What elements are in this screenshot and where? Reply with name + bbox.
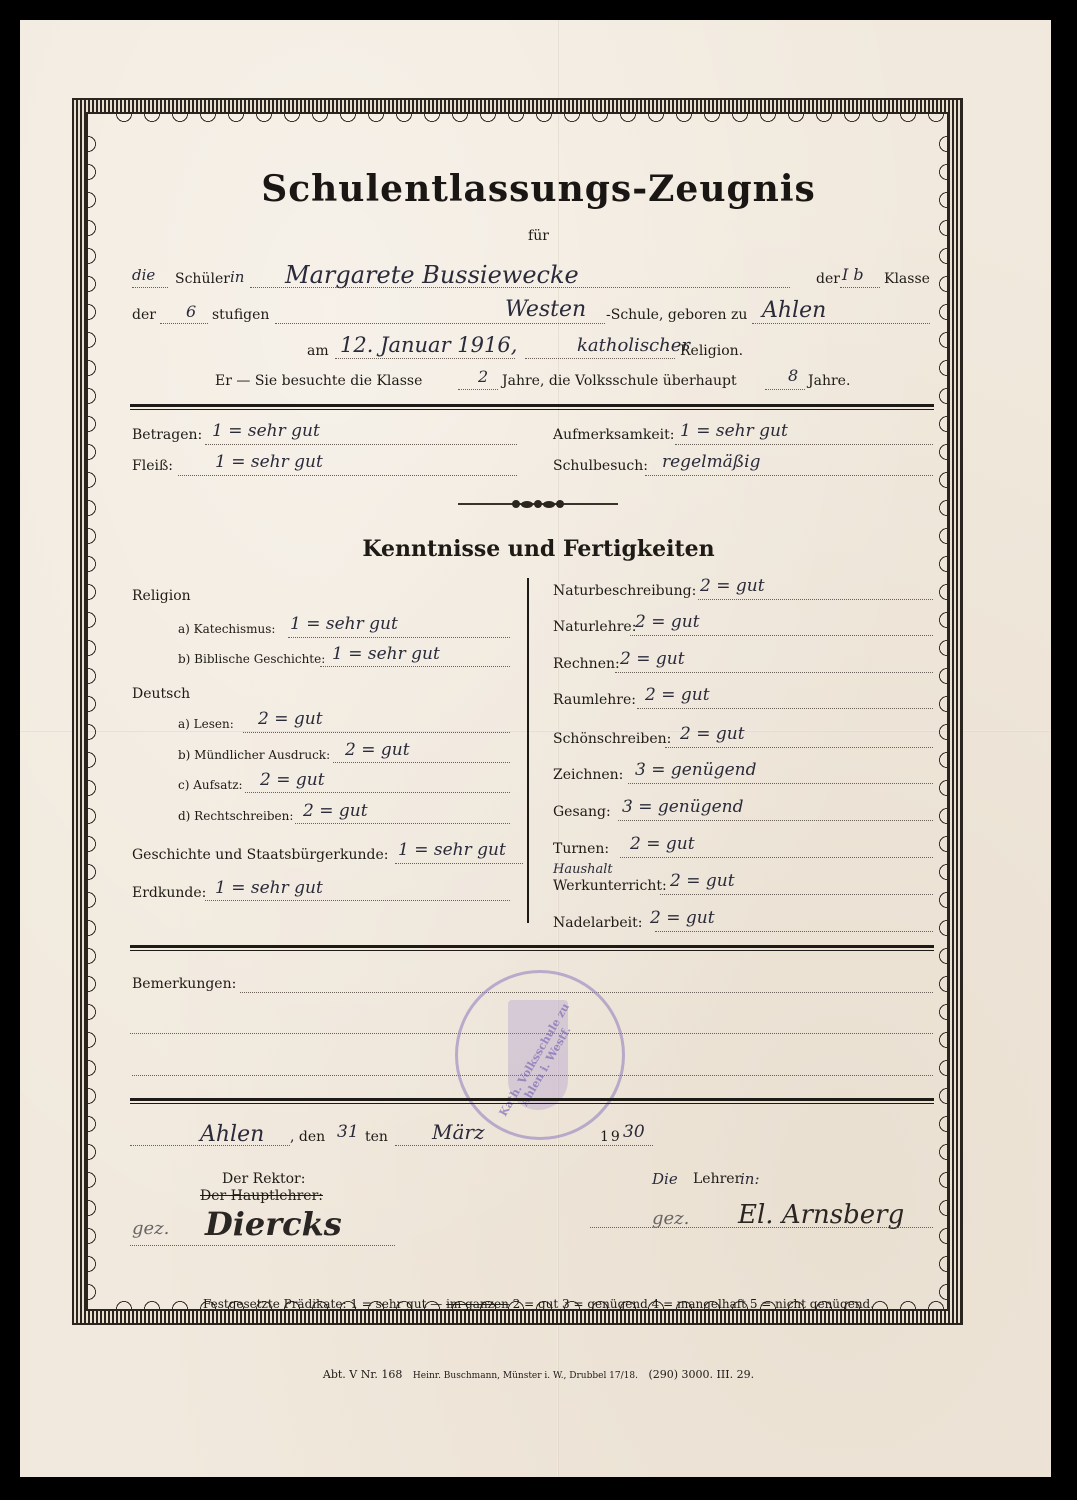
dotted-line [637,708,933,709]
label-rektor: Der Rektor: [222,1171,305,1187]
dotted-line [458,389,498,390]
label-zeichnen: Zeichnen: [553,767,623,783]
printer-info: Heinr. Buschmann, Münster i. W., Drubbel… [413,1371,638,1381]
label-den: , den [290,1129,325,1145]
print-code: (290) 3000. III. 29. [648,1368,754,1381]
label-volksschule: Jahre, die Volksschule überhaupt [502,373,737,389]
signature-line-rector [130,1245,395,1246]
value-rechnen: 2 = gut [620,649,685,669]
dotted-line [765,389,805,390]
years-total: 8 [788,366,798,385]
label-aufsatz: c) Aufsatz: [178,778,243,792]
dotted-line [655,931,933,932]
dotted-line [205,444,517,445]
dotted-line [665,747,933,748]
value-gesang: 3 = genügend [622,797,743,817]
dotted-line [295,823,510,824]
value-aufsatz: 2 = gut [260,770,325,790]
religion-value: katholischer [577,335,690,356]
suffix-in-teacher: in: [740,1170,760,1188]
dotted-line [615,672,933,673]
label-naturlehre: Naturlehre: [553,619,636,635]
value-werkunterricht: 2 = gut [670,871,735,891]
dotted-line [675,444,933,445]
label-religion: Religion. [680,343,743,359]
label-stufigen: stufigen [212,307,269,323]
value-geschichte: 1 = sehr gut [398,840,506,860]
label-lehrer: Lehrer [693,1171,741,1187]
heading-religion: Religion [132,588,191,604]
gez-rector: gez. [132,1218,169,1239]
value-nadelarbeit: 2 = gut [650,908,715,928]
label-schoenschreiben: Schönschreiben: [553,731,671,747]
label-erdkunde: Erdkunde: [132,885,206,901]
dotted-line [243,732,510,733]
label-aufmerksamkeit: Aufmerksamkeit: [553,427,674,443]
value-raumlehre: 2 = gut [645,685,710,705]
label-katechismus: a) Katechismus: [178,622,275,636]
border-scallop-top [110,114,945,124]
year-prefix: 19 [600,1129,622,1145]
dotted-line [205,900,510,901]
grading-legend: Festgesetzte Prädikate: 1 = sehr gut — i… [0,1297,1077,1311]
label-besuchte-klasse: Er — Sie besuchte die Klasse [215,373,422,389]
label-ten: ten [365,1129,388,1145]
dotted-line [333,762,510,763]
student-name: Margarete Bussiewecke [285,261,579,289]
value-muendlicher-ausdruck: 2 = gut [345,740,410,760]
suffix-in: in [230,268,244,286]
value-katechismus: 1 = sehr gut [290,614,398,634]
label-schule-geboren: -Schule, geboren zu [606,307,747,323]
dotted-line [130,1145,290,1146]
dotted-line [250,287,790,288]
legend-struck-im-ganzen: im ganzen [446,1297,509,1311]
gez-teacher: gez. [652,1208,689,1229]
dotted-line [628,783,933,784]
document-subtitle: für [0,228,1077,244]
value-lesen: 2 = gut [258,709,323,729]
label-schulbesuch: Schulbesuch: [553,458,648,474]
legend-prefix: Festgesetzte Prädikate: [203,1297,347,1311]
dotted-line [698,599,933,600]
value-aufmerksamkeit: 1 = sehr gut [680,421,788,441]
section-divider [130,945,934,951]
dotted-line [395,863,523,864]
label-naturbeschreibung: Naturbeschreibung: [553,583,696,599]
value-betragen: 1 = sehr gut [212,421,320,441]
label-betragen: Betragen: [132,427,202,443]
years-in-class: 2 [478,367,488,386]
value-biblische-geschichte: 1 = sehr gut [332,644,440,664]
border-scallop-right [937,130,947,1300]
dotted-line [645,475,933,476]
dotted-line [620,857,933,858]
label-geschichte: Geschichte und Staatsbürgerkunde: [132,847,388,863]
dotted-line [660,894,933,895]
annotation-haushalt: Haushalt [553,862,613,877]
school-name: Westen [505,297,586,322]
stufen-value: 6 [186,302,196,321]
dotted-line [525,358,675,359]
legend-grade-1: 1 = sehr gut [350,1297,426,1311]
dotted-line [160,323,208,324]
label-hauptlehrer: Der Hauptlehrer: [200,1188,323,1204]
dotted-line [288,637,510,638]
dotted-line [840,287,880,288]
place-value: Ahlen [200,1122,264,1147]
value-erdkunde: 1 = sehr gut [215,878,323,898]
label-rechnen: Rechnen: [553,656,620,672]
label-jahre: Jahre. [808,373,850,389]
signature-line-teacher [590,1227,933,1228]
dotted-line [178,475,517,476]
legend-dash: — [430,1297,442,1311]
day-value: 31 [337,1122,359,1142]
dotted-line [275,323,605,324]
border-scallop-left [88,130,98,1300]
label-bemerkungen: Bemerkungen: [132,976,236,992]
section-title: Kenntnisse und Fertigkeiten [0,536,1077,562]
section-divider [130,404,934,410]
label-werkunterricht: Werkunterricht: [553,878,667,894]
label-der: der [816,271,840,287]
legend-grade-5: 5 = nicht genügend. [750,1297,874,1311]
label-muendlicher-ausdruck: b) Mündlicher Ausdruck: [178,748,330,762]
value-rechtschreiben: 2 = gut [303,801,368,821]
label-der-2: der [132,307,156,323]
legend-grade-3: 3 = genügend [562,1297,648,1311]
value-naturlehre: 2 = gut [635,612,700,632]
pronoun-die: die [132,266,155,284]
label-am: am [307,343,329,359]
document-title: Schulentlassungs-Zeugnis [0,168,1077,210]
column-divider [527,578,529,923]
ornament-dots [512,499,564,509]
dotted-line [752,323,930,324]
form-number: Abt. V Nr. 168 [323,1368,403,1381]
section-divider [130,1098,934,1104]
label-lesen: a) Lesen: [178,717,234,731]
pronoun-die-teacher: Die [652,1170,678,1188]
value-fleiss: 1 = sehr gut [215,452,323,472]
printer-footnote: Abt. V Nr. 168 Heinr. Buschmann, Münster… [0,1368,1077,1381]
dotted-line [395,1145,653,1146]
label-klasse: Klasse [884,271,930,287]
label-rechtschreiben: d) Rechtschreiben: [178,809,293,823]
label-gesang: Gesang: [553,804,611,820]
month-value: März [432,1120,485,1144]
value-turnen: 2 = gut [630,834,695,854]
label-raumlehre: Raumlehre: [553,692,636,708]
label-biblische-geschichte: b) Biblische Geschichte: [178,652,325,666]
label-turnen: Turnen: [553,841,609,857]
label-schueler: Schüler [175,271,230,287]
dotted-line [132,287,168,288]
value-schoenschreiben: 2 = gut [680,724,745,744]
birthdate: 12. Januar 1916, [340,333,517,357]
year-suffix: 30 [623,1122,645,1142]
teacher-signature: El. Arnsberg [738,1200,904,1230]
dotted-line [245,792,510,793]
birthplace: Ahlen [762,298,826,323]
class-value: I b [842,265,864,284]
value-schulbesuch: regelmäßig [662,452,761,472]
value-naturbeschreibung: 2 = gut [700,576,765,596]
dotted-line [618,820,933,821]
legend-grade-2: 2 = gut [513,1297,559,1311]
heading-deutsch: Deutsch [132,686,190,702]
label-fleiss: Fleiß: [132,458,173,474]
value-zeichnen: 3 = genügend [635,760,756,780]
label-nadelarbeit: Nadelarbeit: [553,915,642,931]
legend-grade-4: 4 = mangelhaft [652,1297,746,1311]
dotted-line [335,358,515,359]
dotted-line [630,635,933,636]
dotted-line [320,666,510,667]
rector-signature: Diercks [205,1205,342,1243]
